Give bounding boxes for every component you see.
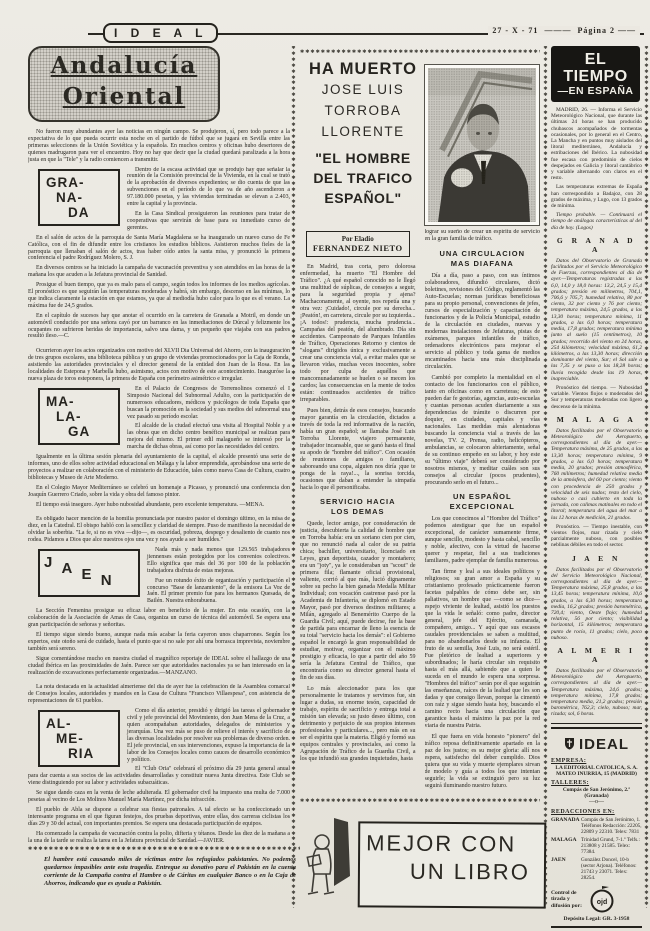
jaen-label-box: J A E N <box>38 549 140 597</box>
subhead-servicio: SERVICIO HACIA LOS DEMAS <box>300 497 416 516</box>
jaen-section: Es obligado hacer mención de la homilía … <box>28 516 290 679</box>
ojd-control-seal: ojd <box>587 885 617 913</box>
svg-text:ojd: ojd <box>597 899 608 906</box>
masthead-logo: I D E A L <box>103 23 218 43</box>
regional-intro: No fueron muy abundantes ayer las notici… <box>28 129 290 164</box>
reading-figure-illustration <box>304 816 356 907</box>
article-ornament-rule-top: ✱✱✱✱✱✱✱✱✱✱✱✱✱✱✱✱✱✱✱✱✱✱✱✱✱✱✱✱✱✱✱✱✱✱✱✱✱✱✱✱… <box>300 49 540 56</box>
article-paragraph: Cambió por completo la mentalidad en el … <box>425 375 541 487</box>
byline-prefix: Por Eladio <box>309 235 407 243</box>
granada-paragraph: En el capítulo de sucesos hay que anotar… <box>28 313 290 341</box>
el-tiempo-title: EL TIEMPO <box>551 51 640 85</box>
obituary-headline: HA MUERTO JOSE LUIS TORROBA LLORENTE "EL… <box>302 59 424 208</box>
weather-head-almeria: A L M E R I A <box>551 646 642 664</box>
byline-box: Por Eladio FERNANDEZ NIETO <box>306 231 410 257</box>
jaen-label-letter: A <box>62 560 73 577</box>
granada-paragraph: Prosigue el buen tiempo, que ya es malo … <box>28 282 290 310</box>
granada-paragraph: En el salón de actos de la parroquia de … <box>28 235 290 263</box>
section-title-line1: Andalucía <box>30 50 218 81</box>
andalucia-oriental-title-box: Andalucía Oriental <box>28 46 220 122</box>
imprint-box: IDEAL EMPRESA: LA EDITORIAL CATOLICA, S.… <box>551 723 642 929</box>
obituary-article: ✱✱✱✱✱✱✱✱✱✱✱✱✱✱✱✱✱✱✱✱✱✱✱✱✱✱✱✱✱✱✱✱✱✱✱✱✱✱✱✱… <box>300 46 540 931</box>
talleres-label: TALLERES: <box>551 780 642 786</box>
redacciones-label: REDACCIONES EN: <box>551 809 642 815</box>
almeria-label-line: RIA <box>42 746 116 761</box>
jaen-label-letter: E <box>82 566 92 583</box>
el-tiempo-subtitle: —EN ESPAÑA <box>551 85 640 98</box>
byline-author: FERNANDEZ NIETO <box>309 243 407 253</box>
subhead-line: EXCEPCIONAL <box>425 502 541 512</box>
office-info: Trinidad Grund, 7-1.º Telfs.: 213808 y 2… <box>581 837 642 855</box>
pakistan-appeal-notice: ✱✱✱✱✱✱✱✱✱✱✱✱✱✱✱✱✱✱✱✱✱✱✱✱✱✱✱✱✱✱✱✱✱✱✱✱✱✱✱✱… <box>28 846 300 888</box>
appeal-text: El hambre está causando miles de víctima… <box>28 856 300 888</box>
malaga-label-line: GA <box>42 424 116 439</box>
portrait-photo <box>424 64 540 226</box>
malaga-paragraph: El tiempo está inseguro. Ayer hubo nubos… <box>28 502 290 509</box>
malaga-section: Ocurrieron ayer los actos organizados co… <box>28 348 290 511</box>
malaga-lead: Ocurrieron ayer los actos organizados co… <box>28 348 290 383</box>
ad-line1: MEJOR CON <box>366 829 538 858</box>
issue-date: 27 - X - 71 <box>492 26 538 35</box>
subhead-line: LOS DEMAS <box>300 507 416 517</box>
imprint-divider: —o— <box>551 799 642 806</box>
circulation-control-row: Control de tirada y difusión por: ojd <box>551 885 642 913</box>
jaen-label-letter: J <box>44 554 52 571</box>
office-info: González Doncel, 10-b (sector Arjona). T… <box>581 857 642 881</box>
article-paragraph: Tan firme y leal a sus ideales políticos… <box>425 569 541 730</box>
weather-malaga-data: Datos facilitados por el Observatorio Me… <box>551 428 642 521</box>
malaga-label-box: MA- LA- GA <box>38 388 120 445</box>
photo-caption: lograr su sueño de crear un espíritu de … <box>425 229 541 243</box>
book-ad-box: MEJOR CON UN LIBRO <box>358 821 547 908</box>
imprint-ideal-logo: IDEAL <box>551 735 642 753</box>
subhead-line: SERVICIO HACIA <box>300 497 416 507</box>
headline-line: TORROBA <box>302 100 424 121</box>
column-divider-ornament: ✱✱✱✱✱✱✱✱✱✱✱✱✱✱✱✱✱✱✱✱✱✱✱✱✱✱✱✱✱✱✱✱✱✱✱✱✱✱✱✱… <box>542 46 549 908</box>
office-info: Compás de San Jerónimo, 1. Teléfonos Red… <box>581 817 642 835</box>
granada-section: GRA- NA- DA Dentro de la escasa activida… <box>28 167 290 344</box>
granada-label-line: NA- <box>42 190 116 205</box>
article-paragraph: El que fuera en vida honesto "pionero" d… <box>425 734 541 790</box>
granada-label-line: DA <box>42 205 116 220</box>
headline-quote-line: ESPAÑOL" <box>302 188 424 208</box>
almeria-paragraph: El "Club Oria" celebrará el próximo día … <box>28 766 290 787</box>
header-date-page: 27 - X - 71———Página 2 —— <box>488 26 640 35</box>
deposito-legal: Depósito Legal: GR. 3-1958 <box>551 916 642 922</box>
article-paragraph: Pues bien, detrás de esos consejos, busc… <box>300 408 416 492</box>
almeria-lead: La nota destacada en la actualidad almer… <box>28 684 290 705</box>
almeria-paragraph: El pueblo de Abla se dispone a celebrar … <box>28 807 290 828</box>
office-row: JAEN González Doncel, 10-b (sector Arjon… <box>551 857 642 881</box>
malaga-label-line: LA- <box>42 409 116 424</box>
office-city: MALAGA <box>551 837 581 855</box>
newspaper-page: I D E A L 27 - X - 71———Página 2 —— ✱✱✱✱… <box>0 0 650 931</box>
ad-line2: UN LIBRO <box>410 858 538 887</box>
granada-label-box: GRA- NA- DA <box>38 169 120 226</box>
headline-quote-line: "EL HOMBRE <box>302 148 424 168</box>
granada-label-line: GRA- <box>42 175 116 190</box>
article-right-column: lograr su sueño de crear un espíritu de … <box>425 229 541 795</box>
jaen-label-letter: N <box>101 572 112 589</box>
imprint-top-rule <box>551 723 642 729</box>
headline-line: HA MUERTO <box>302 59 424 79</box>
article-paragraph: Lo más aleccionador para los que persona… <box>300 686 416 763</box>
page-edge-ornament: ✱✱✱✱✱✱✱✱✱✱✱✱✱✱✱✱✱✱✱✱✱✱✱✱✱✱✱✱✱✱✱✱✱✱✱✱✱✱✱✱… <box>643 46 650 908</box>
jaen-paragraph: El tiempo sigue siendo bueno, aunque nad… <box>28 632 290 653</box>
office-city: GRANADA <box>551 817 581 835</box>
subhead-line: UN ESPAÑOL <box>425 492 541 502</box>
imprint-ideal-wordmark: IDEAL <box>579 735 629 752</box>
crest-icon <box>564 737 575 750</box>
headline-line: LLORENTE <box>302 121 424 142</box>
article-paragraph: Los que conocimos al "Hombre del Tráfico… <box>425 516 541 565</box>
headline-line: JOSE LUIS <box>302 79 424 100</box>
almeria-paragraph: Se sigue dando caza en la venta de leche… <box>28 790 290 804</box>
subhead-espanol: UN ESPAÑOL EXCEPCIONAL <box>425 492 541 511</box>
el-tiempo-logo: EL TIEMPO —EN ESPAÑA <box>551 46 640 102</box>
malaga-label-line: MA- <box>42 394 116 409</box>
malaga-paragraph: En el Colegio Mayor Mediterráneo se cele… <box>28 485 290 499</box>
page-number: Página 2 —— <box>577 26 636 35</box>
article-ornament-rule-bottom: ✱✱✱✱✱✱✱✱✱✱✱✱✱✱✱✱✱✱✱✱✱✱✱✱✱✱✱✱✱✱✱✱✱✱✱✱✱✱✱✱… <box>300 798 540 805</box>
granada-paragraph: En diversos centros se ha iniciado la ca… <box>28 265 290 279</box>
regional-news-column: Andalucía Oriental No fueron muy abundan… <box>28 46 290 846</box>
weather-forecast: Tiempo probable. — Continuará el tiempo … <box>551 212 642 231</box>
empresa-value: LA EDITORIAL CATOLICA, S. A. MATEO INURR… <box>551 765 642 777</box>
article-paragraph: En Madrid, tras corta, pero dolorosa enf… <box>300 264 416 404</box>
header-dash: ——— <box>544 26 571 35</box>
article-paragraph: Quede, lector amigo, por consideración d… <box>300 521 416 682</box>
appeal-ornament-rule: ✱✱✱✱✱✱✱✱✱✱✱✱✱✱✱✱✱✱✱✱✱✱✱✱✱✱✱✱✱✱✱✱✱✱✱✱✱✱✱✱… <box>28 846 300 853</box>
subhead-circulacion: UNA CIRCULACION MAS DIAFANA <box>425 249 541 268</box>
weather-malaga-forecast: Pronóstico. — Tiempo inestable, con vien… <box>551 524 642 549</box>
almeria-label-box: AL- ME- RIA <box>38 710 120 767</box>
jaen-lead: Es obligado hacer mención de la homilía … <box>28 516 290 544</box>
office-city: JAEN <box>551 857 581 881</box>
office-row: MALAGA Trinidad Grund, 7-1.º Telfs.: 213… <box>551 837 642 855</box>
weather-extremes: Las temperaturas extremas de España han … <box>551 184 642 209</box>
weather-column: EL TIEMPO —EN ESPAÑA MADRID, 26. — Infor… <box>551 46 642 931</box>
jaen-paragraph: Sigue comentándose mucho en nuestra ciud… <box>28 656 290 677</box>
article-paragraph: Día a día, paso a paso, con sus íntimos … <box>425 273 541 371</box>
headline-quote-line: DEL TRAFICO <box>302 168 424 188</box>
subhead-line: MAS DIAFANA <box>425 259 541 269</box>
article-left-column: Por Eladio FERNANDEZ NIETO En Madrid, tr… <box>300 229 416 795</box>
almeria-label-line: ME- <box>42 731 116 746</box>
weather-head-jaen: J A E N <box>551 554 642 563</box>
weather-granada-data: Datos del Observatorio de Granada facili… <box>551 258 642 382</box>
section-title-line2: Oriental <box>30 81 218 112</box>
office-row: GRANADA Compás de San Jerónimo, 1. Teléf… <box>551 817 642 835</box>
almeria-label-line: AL- <box>42 716 116 731</box>
weather-head-malaga: M A L A G A <box>551 415 642 424</box>
book-ad: MEJOR CON UN LIBRO <box>300 814 540 924</box>
weather-jaen-data: Datos facilitados por el Observatorio de… <box>551 567 642 641</box>
weather-granada-forecast: Pronóstico del tiempo. — Nubosidad varia… <box>551 385 642 410</box>
empresa-label: EMPRESA: <box>551 758 642 764</box>
almeria-paragraph: Ha comenzado la campaña de vacunación co… <box>28 831 290 845</box>
jaen-paragraph: La Sección Femenina prosigue su eficaz l… <box>28 608 290 629</box>
article-body-columns: Por Eladio FERNANDEZ NIETO En Madrid, tr… <box>300 229 540 795</box>
talleres-value: Compás de San Jerónimo, 2.º (Granada) <box>551 787 642 799</box>
weather-head-granada: G R A N A D A <box>551 236 642 254</box>
malaga-paragraph: Igualmente en la última sesión plenaria … <box>28 454 290 482</box>
weather-national-report: MADRID, 26. — Informa el Servicio Meteor… <box>551 107 642 181</box>
portrait-photo-art <box>428 68 536 222</box>
weather-almeria-data: Datos facilitados por el Observatorio Me… <box>551 668 642 718</box>
subhead-line: UNA CIRCULACION <box>425 249 541 259</box>
almeria-section: La nota destacada en la actualidad almer… <box>28 684 290 846</box>
column-divider-ornament: ✱✱✱✱✱✱✱✱✱✱✱✱✱✱✱✱✱✱✱✱✱✱✱✱✱✱✱✱✱✱✱✱✱✱✱✱✱✱✱✱… <box>290 46 297 908</box>
control-label: Control de tirada y difusión por: <box>551 890 587 909</box>
